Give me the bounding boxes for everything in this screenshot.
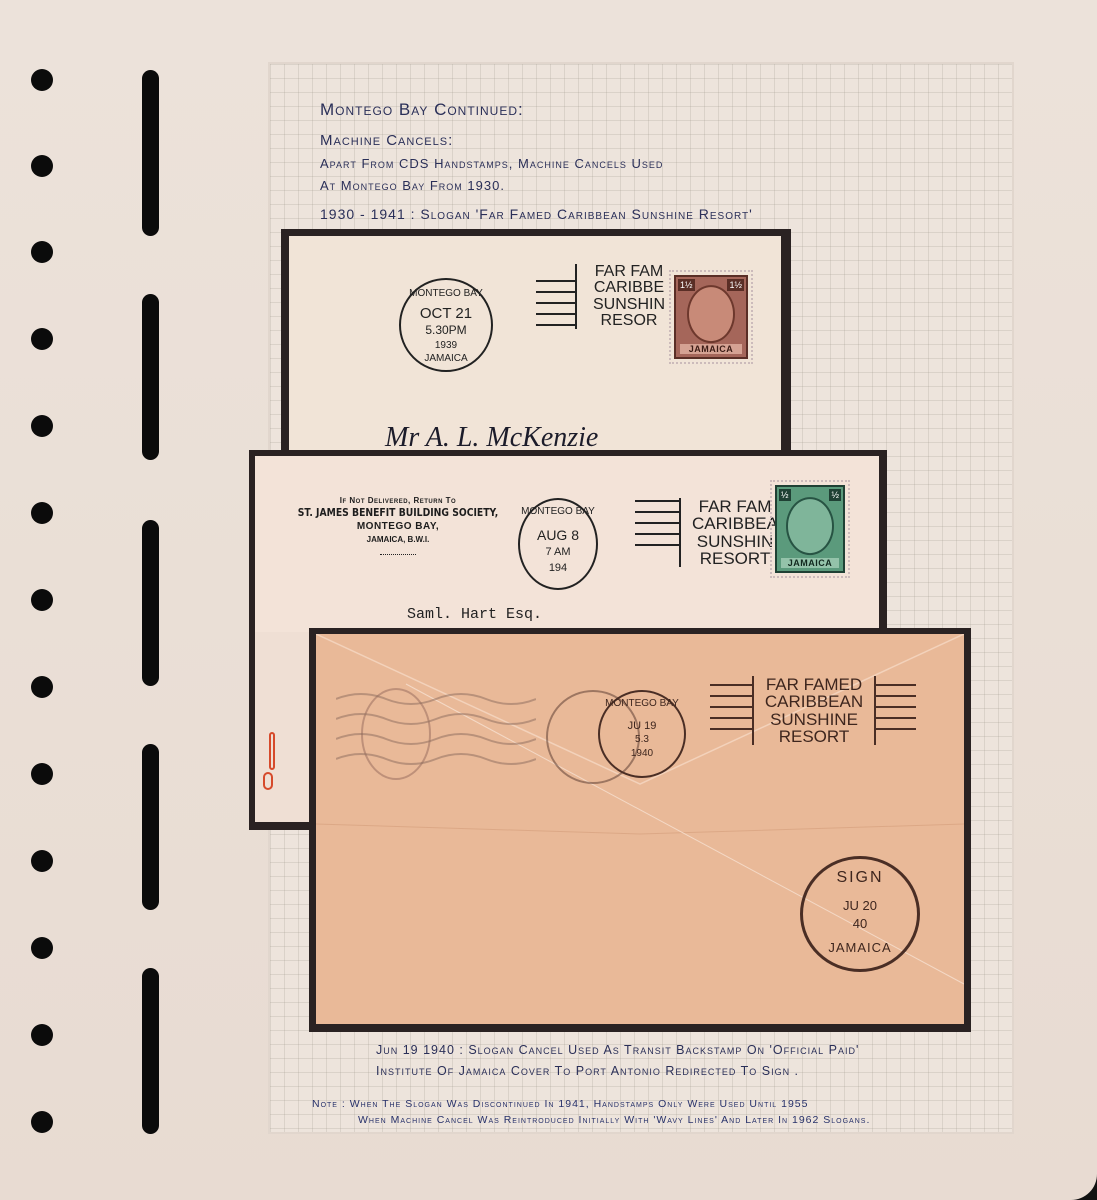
postmark-cds: MONTEGO BAY OCT 21 5.30PM 1939 JAMAICA	[399, 278, 493, 372]
postmark-cds: MONTEGO BAY JU 19 5.3 1940	[598, 690, 686, 778]
backstamp-sign: SIGN JU 20 40 JAMAICA	[800, 856, 920, 972]
footnote: When Machine Cancel Was Reintroduced Ini…	[358, 1114, 870, 1126]
king-portrait-icon	[687, 285, 735, 343]
binder-hole	[31, 589, 53, 611]
intro-text: Apart From CDS Handstamps, Machine Cance…	[320, 156, 663, 171]
return-address: If Not Delivered, Return To ST. JAMES BE…	[283, 496, 513, 555]
cover-1: MONTEGO BAY OCT 21 5.30PM 1939 JAMAICA F…	[289, 236, 781, 450]
binder-hole	[31, 155, 53, 177]
stamp-half-penny: ½ ½ JAMAICA	[770, 480, 850, 578]
binder-slot	[142, 70, 159, 236]
typed-address: Saml. Hart Esq.	[407, 606, 542, 623]
slogan-heading: 1930 - 1941 : Slogan 'Far Famed Caribbea…	[320, 206, 753, 222]
wavy-line-cancel	[336, 674, 536, 784]
binder-hole	[31, 502, 53, 524]
section-heading: Machine Cancels:	[320, 132, 453, 149]
cancel-bars	[635, 500, 679, 555]
binder-hole	[31, 241, 53, 263]
cover-2-edge	[255, 632, 315, 822]
intro-text: At Montego Bay From 1930.	[320, 178, 505, 193]
cancel-bars	[536, 280, 576, 335]
cover-2: If Not Delivered, Return To ST. JAMES BE…	[255, 456, 879, 632]
binder-hole	[31, 69, 53, 91]
cancel-bars	[710, 684, 752, 739]
binder-slot	[142, 520, 159, 686]
postmark-cds: MONTEGO BAY AUG 8 7 AM 194	[518, 498, 598, 590]
page-title: Montego Bay Continued:	[320, 100, 524, 120]
slogan-cancel: FAR FAMED CARIBBEAN SUNSHINE RESORT	[752, 676, 876, 745]
binder-slot	[142, 744, 159, 910]
stamp-1-half-penny: 1½ 1½ JAMAICA	[669, 270, 753, 364]
album-page: Montego Bay Continued: Machine Cancels: …	[0, 0, 1097, 1200]
binder-hole	[31, 763, 53, 785]
cover-3-reverse: MONTEGO BAY JU 19 5.3 1940 FAR FAMED CAR…	[316, 634, 964, 1024]
binder-slot	[142, 294, 159, 460]
king-portrait-icon	[786, 497, 834, 555]
binder-hole	[31, 850, 53, 872]
binder-hole	[31, 1024, 53, 1046]
footnote: Note : When The Slogan Was Discontinued …	[312, 1098, 808, 1110]
binder-hole	[31, 415, 53, 437]
binder-hole	[31, 328, 53, 350]
binder-hole	[31, 937, 53, 959]
binder-hole	[31, 1111, 53, 1133]
cancel-bars	[876, 684, 916, 739]
slogan-cancel: FAR FAM CARIBBE SUNSHIN RESOR	[575, 264, 681, 329]
cover-caption: Institute Of Jamaica Cover To Port Anton…	[376, 1064, 799, 1078]
binder-slot	[142, 968, 159, 1134]
cover-caption: Jun 19 1940 : Slogan Cancel Used As Tran…	[376, 1043, 859, 1057]
binder-hole	[31, 676, 53, 698]
